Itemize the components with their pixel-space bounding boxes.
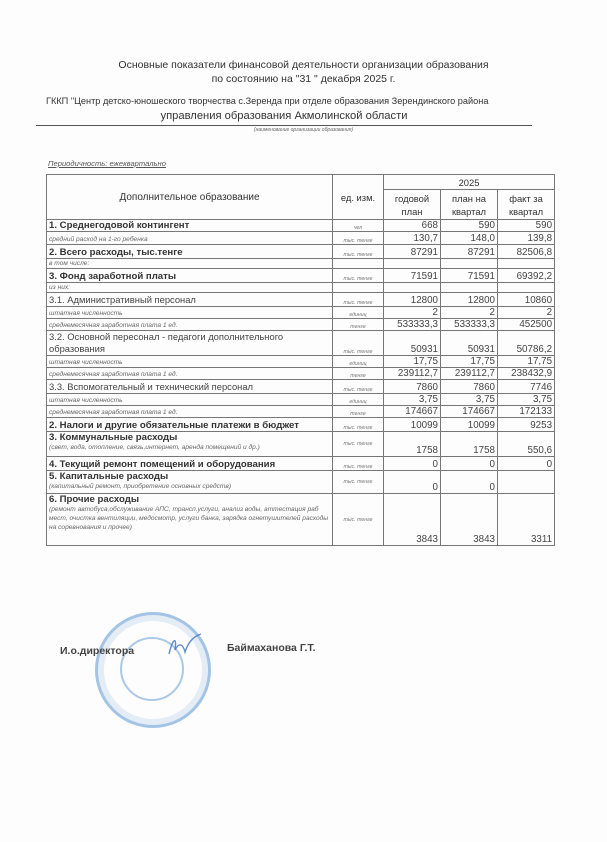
- row-annual-plan-value: 2: [384, 307, 441, 319]
- row-quarter-fact-value: 7746: [498, 380, 555, 394]
- row-quarter-plan-value: 71591: [441, 269, 498, 283]
- row-annual-plan-value: [384, 259, 441, 269]
- row-label: 5. Капитальные расходы: [49, 471, 330, 482]
- row-quarter-plan-value: 2: [441, 307, 498, 319]
- row-name-cell: 2. Налоги и другие обязательные платежи …: [47, 418, 333, 432]
- table-row: среднемесячная заработная плата 1 ед.тен…: [47, 319, 555, 331]
- periodicity: Периодичность: ежеквартально: [48, 159, 166, 168]
- row-unit: единиц: [333, 356, 384, 368]
- row-unit: тыс. тенге: [333, 380, 384, 394]
- row-quarter-fact-value: 50786,2: [498, 331, 555, 356]
- row-annual-plan-value: 533333,3: [384, 319, 441, 331]
- row-unit: тыс. тенге: [333, 245, 384, 259]
- row-annual-plan-value: 71591: [384, 269, 441, 283]
- row-annual-plan-value: 668: [384, 220, 441, 232]
- table-row: 3. Коммунальные расходы(свет, вода, отоп…: [47, 432, 555, 457]
- row-label: 6. Прочие расходы: [49, 494, 330, 505]
- table-row: 2. Всего расходы, тыс.тенгетыс. тенге872…: [47, 245, 555, 259]
- table-row: штатная численностьединиц222: [47, 307, 555, 319]
- row-annual-plan-value: 1758: [384, 432, 441, 457]
- row-name-cell: 5. Капитальные расходы(капитальный ремон…: [47, 471, 333, 494]
- row-label: 3. Фонд заработной платы: [49, 271, 330, 282]
- row-quarter-fact-value: 69392,2: [498, 269, 555, 283]
- row-quarter-plan-value: 174667: [441, 406, 498, 418]
- row-unit: единиц: [333, 307, 384, 319]
- row-name-cell: 2. Всего расходы, тыс.тенге: [47, 245, 333, 259]
- row-name-cell: среднемесячная заработная плата 1 ед.: [47, 368, 333, 380]
- row-name-cell: 3.3. Вспомогательный и технический персо…: [47, 380, 333, 394]
- row-name-cell: штатная численность: [47, 394, 333, 406]
- row-name-cell: 3. Фонд заработной платы: [47, 269, 333, 283]
- row-quarter-fact-value: 0: [498, 457, 555, 471]
- row-quarter-plan-value: 12800: [441, 293, 498, 307]
- row-quarter-plan-value: 148,0: [441, 232, 498, 245]
- header-quarter-fact: факт за квартал: [498, 190, 555, 220]
- row-quarter-plan-value: 7860: [441, 380, 498, 394]
- row-unit: единиц: [333, 394, 384, 406]
- row-unit: тыс. тенге: [333, 457, 384, 471]
- row-name-cell: из них:: [47, 283, 333, 293]
- row-label: 3.1. Административный персонал: [49, 294, 330, 306]
- row-annual-plan-value: 10099: [384, 418, 441, 432]
- row-quarter-plan-value: 1758: [441, 432, 498, 457]
- row-unit: [333, 283, 384, 293]
- row-unit: [333, 259, 384, 269]
- official-stamp: [95, 612, 211, 728]
- table-row: в том числе:: [47, 259, 555, 269]
- row-quarter-plan-value: 10099: [441, 418, 498, 432]
- row-quarter-fact-value: 2: [498, 307, 555, 319]
- organization-underline: [36, 125, 532, 126]
- row-annual-plan-value: 87291: [384, 245, 441, 259]
- row-unit: тенге: [333, 406, 384, 418]
- row-name-cell: 1. Среднегодовой контингент: [47, 220, 333, 232]
- table-row: 3.3. Вспомогательный и технический персо…: [47, 380, 555, 394]
- row-quarter-plan-value: 0: [441, 457, 498, 471]
- header-unit: ед. изм.: [333, 175, 384, 220]
- row-quarter-fact-value: 550,6: [498, 432, 555, 457]
- signature-icon: [165, 632, 205, 660]
- table-row: среднемесячная заработная плата 1 ед.тен…: [47, 368, 555, 380]
- row-quarter-fact-value: 3311: [498, 494, 555, 546]
- row-name-cell: в том числе:: [47, 259, 333, 269]
- row-unit: тенге: [333, 368, 384, 380]
- row-label: 3. Коммунальные расходы: [49, 432, 330, 443]
- organization-authority: управления образования Акмолинской облас…: [36, 110, 532, 122]
- row-unit: тыс. тенге: [333, 432, 384, 457]
- row-quarter-plan-value: 3,75: [441, 394, 498, 406]
- row-name-cell: 3.2. Основной пересонал - педагоги допол…: [47, 331, 333, 356]
- row-unit: тыс. тенге: [333, 293, 384, 307]
- row-name-cell: среднемесячная заработная плата 1 ед.: [47, 319, 333, 331]
- row-quarter-fact-value: 452500: [498, 319, 555, 331]
- row-label: среднемесячная заработная плата 1 ед.: [49, 370, 330, 379]
- row-name-cell: штатная численность: [47, 307, 333, 319]
- row-quarter-fact-value: 139,8: [498, 232, 555, 245]
- table-row: средний расход на 1-го ребенкатыс. тенге…: [47, 232, 555, 245]
- row-quarter-plan-value: 3843: [441, 494, 498, 546]
- row-note: (свет, вода, отопление, связь,интернет, …: [49, 443, 330, 452]
- table-row: штатная численностьединиц3,753,753,75: [47, 394, 555, 406]
- row-unit: тыс. тенге: [333, 494, 384, 546]
- row-quarter-plan-value: 533333,3: [441, 319, 498, 331]
- row-name-cell: среднемесячная заработная плата 1 ед.: [47, 406, 333, 418]
- row-label: среднемесячная заработная плата 1 ед.: [49, 408, 330, 417]
- row-annual-plan-value: 17,75: [384, 356, 441, 368]
- row-quarter-plan-value: [441, 259, 498, 269]
- row-label: 2. Всего расходы, тыс.тенге: [49, 247, 330, 258]
- table-row: 3. Фонд заработной платытыс. тенге715917…: [47, 269, 555, 283]
- table-row: штатная численностьединиц17,7517,7517,75: [47, 356, 555, 368]
- row-quarter-plan-value: 50931: [441, 331, 498, 356]
- row-quarter-fact-value: 590: [498, 220, 555, 232]
- document-page: Основные показатели финансовой деятельно…: [0, 0, 607, 842]
- organization-caption: (наименование организации образования): [0, 127, 607, 133]
- row-quarter-plan-value: 239112,7: [441, 368, 498, 380]
- row-annual-plan-value: 0: [384, 457, 441, 471]
- table-row: 5. Капитальные расходы(капитальный ремон…: [47, 471, 555, 494]
- row-quarter-plan-value: 0: [441, 471, 498, 494]
- row-label: 1. Среднегодовой контингент: [49, 220, 330, 231]
- row-annual-plan-value: 3843: [384, 494, 441, 546]
- row-unit: тыс. тенге: [333, 269, 384, 283]
- row-label: 3.2. Основной пересонал - педагоги допол…: [49, 331, 330, 355]
- row-label: 4. Текущий ремонт помещений и оборудован…: [49, 459, 330, 470]
- row-label: 2. Налоги и другие обязательные платежи …: [49, 420, 330, 431]
- row-quarter-fact-value: 17,75: [498, 356, 555, 368]
- row-label: штатная численность: [49, 396, 330, 405]
- table-row: 4. Текущий ремонт помещений и оборудован…: [47, 457, 555, 471]
- row-name-cell: 6. Прочие расходы(ремонт автобуса,обслуж…: [47, 494, 333, 546]
- signatory-name: Баймаханова Г.Т.: [227, 642, 316, 654]
- row-label: 3.3. Вспомогательный и технический персо…: [49, 381, 330, 393]
- table-row: 3.2. Основной пересонал - педагоги допол…: [47, 331, 555, 356]
- row-quarter-fact-value: 82506,8: [498, 245, 555, 259]
- row-unit: тыс. тенге: [333, 471, 384, 494]
- row-quarter-plan-value: [441, 283, 498, 293]
- row-annual-plan-value: 174667: [384, 406, 441, 418]
- row-label: в том числе:: [49, 259, 330, 268]
- row-quarter-plan-value: 87291: [441, 245, 498, 259]
- organization-name: ГККП "Центр детско-юношеского творчества…: [46, 96, 488, 106]
- row-quarter-fact-value: [498, 259, 555, 269]
- report-date: по состоянию на "31 " декабря 2025 г.: [0, 73, 607, 85]
- row-quarter-fact-value: 9253: [498, 418, 555, 432]
- header-name: Дополнительное образование: [47, 175, 333, 220]
- row-unit: тыс. тенге: [333, 418, 384, 432]
- table-row: 3.1. Административный персоналтыс. тенге…: [47, 293, 555, 307]
- row-label: штатная численность: [49, 358, 330, 367]
- row-name-cell: штатная численность: [47, 356, 333, 368]
- row-unit: тыс. тенге: [333, 331, 384, 356]
- row-quarter-fact-value: 3,75: [498, 394, 555, 406]
- signatory-role: И.о.директора: [60, 645, 134, 657]
- table-row: 6. Прочие расходы(ремонт автобуса,обслуж…: [47, 494, 555, 546]
- row-label: средний расход на 1-го ребенка: [49, 235, 330, 244]
- header-year: 2025: [384, 175, 555, 190]
- row-note: (капитальный ремонт, приобретение основн…: [49, 482, 330, 491]
- row-name-cell: 3.1. Административный персонал: [47, 293, 333, 307]
- financial-indicators-table: Дополнительное образование ед. изм. 2025…: [46, 174, 555, 546]
- table-row: 2. Налоги и другие обязательные платежи …: [47, 418, 555, 432]
- row-quarter-plan-value: 590: [441, 220, 498, 232]
- row-quarter-fact-value: [498, 283, 555, 293]
- header-quarter-plan: план на квартал: [441, 190, 498, 220]
- table-row: среднемесячная заработная плата 1 ед.тен…: [47, 406, 555, 418]
- row-name-cell: 3. Коммунальные расходы(свет, вода, отоп…: [47, 432, 333, 457]
- row-unit: чел: [333, 220, 384, 232]
- row-annual-plan-value: 50931: [384, 331, 441, 356]
- row-label: штатная численность: [49, 309, 330, 318]
- row-label: из них:: [49, 283, 330, 292]
- row-note: (ремонт автобуса,обслуживание АПС, транс…: [49, 505, 330, 532]
- row-quarter-fact-value: 172133: [498, 406, 555, 418]
- table-row: из них:: [47, 283, 555, 293]
- row-annual-plan-value: 0: [384, 471, 441, 494]
- row-annual-plan-value: [384, 283, 441, 293]
- row-label: среднемесячная заработная плата 1 ед.: [49, 321, 330, 330]
- row-unit: тыс. тенге: [333, 232, 384, 245]
- header-annual-plan: годовой план: [384, 190, 441, 220]
- row-quarter-fact-value: 10860: [498, 293, 555, 307]
- row-annual-plan-value: 12800: [384, 293, 441, 307]
- row-annual-plan-value: 239112,7: [384, 368, 441, 380]
- row-annual-plan-value: 3,75: [384, 394, 441, 406]
- row-name-cell: 4. Текущий ремонт помещений и оборудован…: [47, 457, 333, 471]
- row-quarter-fact-value: [498, 471, 555, 494]
- row-name-cell: средний расход на 1-го ребенка: [47, 232, 333, 245]
- table-row: 1. Среднегодовой контингентчел668590590: [47, 220, 555, 232]
- row-annual-plan-value: 7860: [384, 380, 441, 394]
- row-annual-plan-value: 130,7: [384, 232, 441, 245]
- row-unit: тенге: [333, 319, 384, 331]
- row-quarter-fact-value: 238432,9: [498, 368, 555, 380]
- row-quarter-plan-value: 17,75: [441, 356, 498, 368]
- report-title: Основные показатели финансовой деятельно…: [0, 59, 607, 71]
